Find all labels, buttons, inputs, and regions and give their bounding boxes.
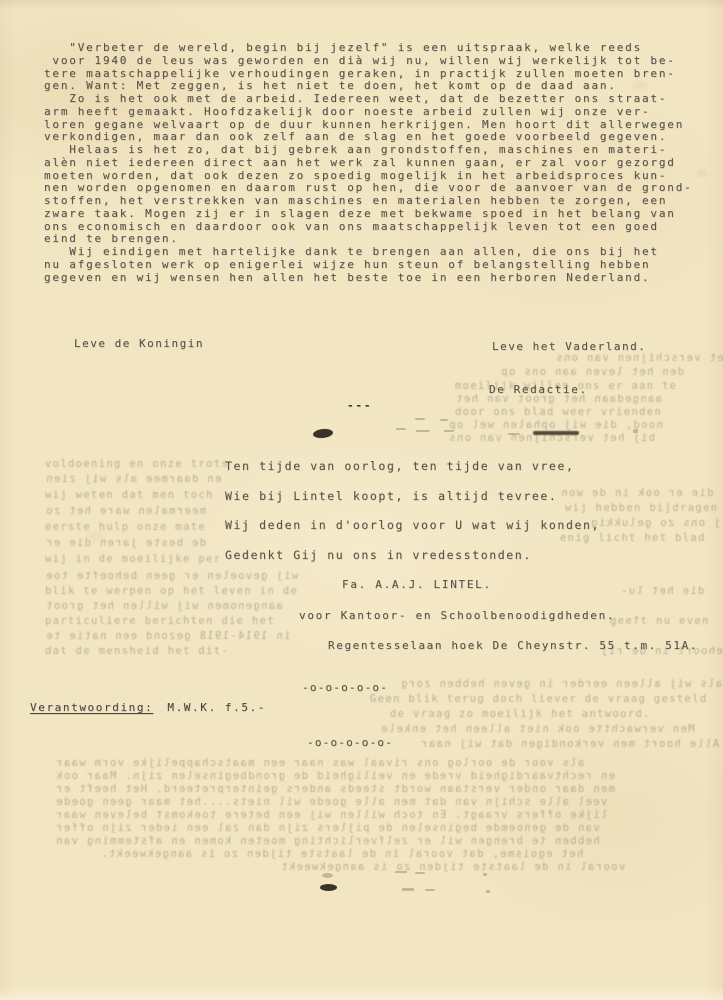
ink-mark [483, 873, 487, 876]
bleedthrough-line: wij weten dat men toch [45, 489, 214, 501]
ink-blot [313, 428, 334, 439]
bleedthrough-line: nood, die wij ophalen wel op [448, 419, 663, 431]
advertiser-firm: Fa. A.A.J. LINTEL. [342, 578, 492, 591]
bleedthrough-line: wij ons zo gelukkig [590, 517, 723, 529]
ink-mark [425, 889, 435, 891]
ornament-separator-bottom: -o-o-o-o-o- [307, 736, 393, 749]
ink-mark [415, 418, 425, 420]
bleedthrough-line: veel alle schijn van dat men alle goede … [55, 796, 607, 808]
bleedthrough-line: vooral in de laatste tijden zo is aangek… [280, 861, 625, 873]
bleedthrough-line: Alle hoort men verkondigen dat wij naar [420, 738, 719, 750]
bleedthrough-line: wij in de moeilijke per [45, 553, 221, 565]
bleedthrough-line: die het lu- [620, 585, 704, 597]
ink-mark [402, 888, 414, 891]
bleedthrough-line: zoals wij alleen eerder in geven hebben … [400, 678, 723, 690]
bleedthrough-line: blik te werpen op het leven in de [45, 585, 298, 597]
accountability-value: M.W.K. f.5.- [167, 701, 266, 714]
bleedthrough-line: Men verwachtte ook niet alleen het enkel… [380, 723, 695, 735]
advert-poem: Ten tijde van oorlog, ten tijde van vree… [225, 452, 600, 570]
bleedthrough-line: van de genoemde beginselen de pijlers zi… [55, 822, 600, 834]
bleedthrough-line: in 1914-1918 gezond een natie te [45, 630, 291, 642]
advertiser-description: voor Kantoor- en Schoolbenoodigdheden. [299, 609, 615, 622]
bleedthrough-line: dat de mensheid het dit- [45, 645, 229, 657]
bleedthrough-line: het egoisme, dat vooral in de laatste ti… [100, 848, 583, 860]
bleedthrough-line: de vraag zo moeilijk het antwoord. [390, 708, 651, 720]
poem-line: Gedenkt Gij nu ons in vredesstonden. [225, 548, 532, 562]
ink-mark [395, 871, 407, 873]
poem-line: Wie bij Lintel koopt, is altijd tevree. [225, 489, 557, 503]
body-text: "Verbeter de wereld, begin bij jezelf" i… [44, 42, 693, 284]
poem-line: Wij deden in d'oorlog voor U wat wij kon… [225, 518, 600, 532]
ink-mark [633, 429, 638, 433]
ink-blot [320, 884, 337, 891]
advertiser-address: Regentesselaan hoek De Cheynstr. 55 t.m.… [328, 639, 698, 652]
bleedthrough-line: en daarmee als wij zien [45, 473, 221, 485]
dash-divider: --- [347, 399, 372, 412]
bleedthrough-line: eerste hulp onze mate [45, 521, 206, 533]
slogan-koningin: Leve de Koningin [74, 337, 204, 350]
accountability-label: Verantwoording: [30, 701, 153, 714]
ink-smear [533, 431, 579, 435]
bleedthrough-line: men daar onder verstaan wordt steeds and… [55, 783, 615, 795]
bleedthrough-line: wij gevoelen er geen behoefte toe [45, 570, 298, 582]
bleedthrough-line: lijke offers vraagt. En toch willen wij … [55, 809, 607, 821]
ink-mark [416, 430, 430, 432]
ink-mark [486, 890, 490, 893]
bleedthrough-line: en rechtvaardigheid vrede en veiligheid … [55, 770, 615, 782]
bleedthrough-line: aangenomen wij willen het groot [45, 600, 283, 612]
ink-mark [444, 430, 454, 432]
bleedthrough-line: voldoening en onze trots [45, 458, 229, 470]
bleedthrough-line: den het leven aan ons op [500, 366, 684, 378]
slogan-vaderland: Leve het Vaderland. [492, 340, 646, 353]
bleedthrough-line: het verschijnen van ons [555, 352, 723, 364]
ink-mark [440, 419, 448, 421]
bleedthrough-line: als voor de oorlog ons rivaal was naar e… [55, 757, 584, 769]
bleedthrough-line: de beste jaren die er [45, 537, 206, 549]
bleedthrough-line: Geen blik terug doch liever de vraag ges… [370, 693, 708, 705]
bleedthrough-line: hebben te brengen wil er zelfverlichting… [55, 835, 600, 847]
ornament-separator-top: -o-o-o-o-o- [302, 681, 388, 694]
bleedthrough-line: geeft nu even [610, 615, 710, 627]
signature-redactie: De Redactie. [489, 383, 588, 396]
bleedthrough-line: particuliere berichten die het [45, 615, 275, 627]
accountability-line: Verantwoording:M.W.K. f.5.- [30, 701, 266, 714]
scanned-document-page: het verschijnen van onsden het leven aan… [0, 0, 723, 1000]
poem-line: Ten tijde van oorlog, ten tijde van vree… [225, 459, 574, 473]
bleedthrough-line: meermalen ware het zo [45, 505, 206, 517]
ink-mark [396, 428, 406, 430]
ink-mark [415, 872, 425, 874]
ink-mark [508, 433, 520, 435]
ink-mark [322, 873, 333, 878]
bleedthrough-line: door ons blad weer vrienden [455, 406, 662, 418]
